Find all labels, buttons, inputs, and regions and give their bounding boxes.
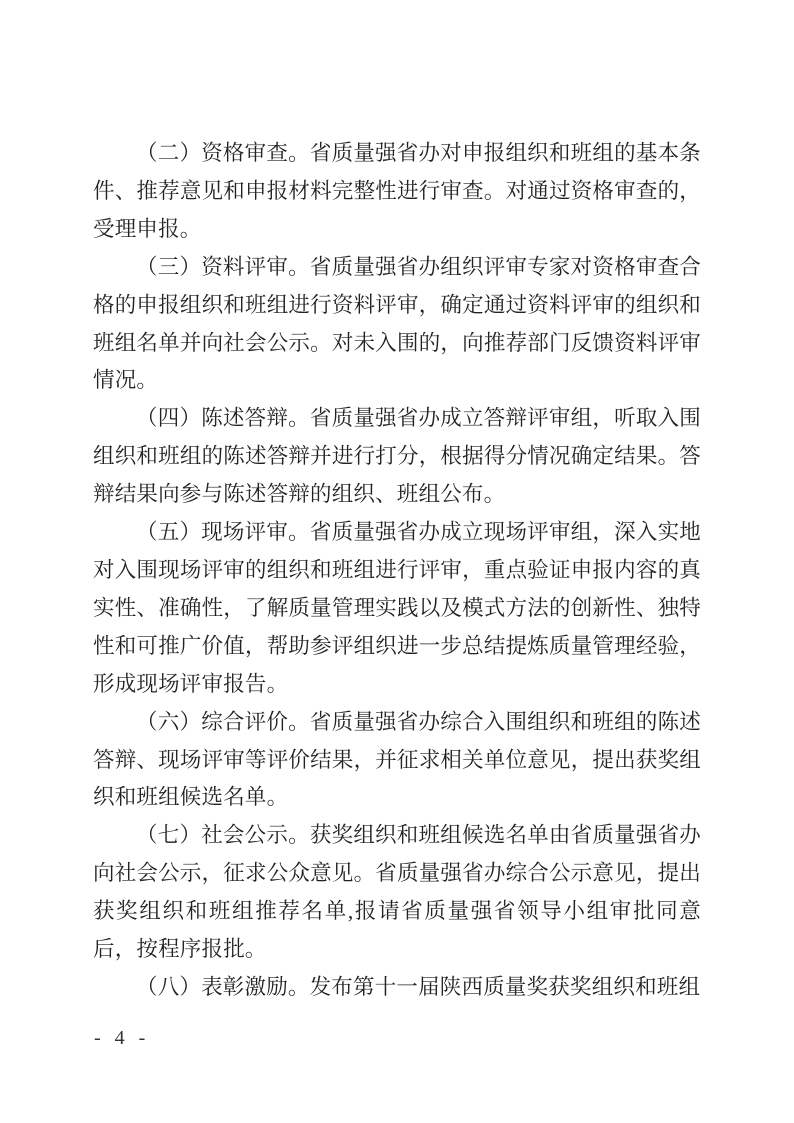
paragraph-public-announcement: （七）社会公示。获奖组织和班组候选名单由省质量强省办向社会公示，征求公众意见。省… xyxy=(93,817,701,969)
paragraph-statement-defense: （四）陈述答辩。省质量强省办成立答辩评审组，听取入围组织和班组的陈述答辩并进行打… xyxy=(93,400,701,514)
document-body: （二）资格审查。省质量强省办对申报组织和班组的基本条件、推荐意见和申报材料完整性… xyxy=(93,135,701,1007)
paragraph-comprehensive-evaluation: （六）综合评价。省质量强省办综合入围组织和班组的陈述答辩、现场评审等评价结果，并… xyxy=(93,704,701,818)
paragraph-onsite-evaluation: （五）现场评审。省质量强省办成立现场评审组，深入实地对入围现场评审的组织和班组进… xyxy=(93,514,701,704)
document-page: （二）资格审查。省质量强省办对申报组织和班组的基本条件、推荐意见和申报材料完整性… xyxy=(0,0,794,1123)
paragraph-commendation-incentive: （八）表彰激励。发布第十一届陕西质量奖获奖组织和班组 xyxy=(93,969,701,1007)
paragraph-material-evaluation: （三）资料评审。省质量强省办组织评审专家对资格审查合格的申报组织和班组进行资料评… xyxy=(93,249,701,401)
page-number: - 4 - xyxy=(94,1026,150,1050)
paragraph-qualification-review: （二）资格审查。省质量强省办对申报组织和班组的基本条件、推荐意见和申报材料完整性… xyxy=(93,135,701,249)
